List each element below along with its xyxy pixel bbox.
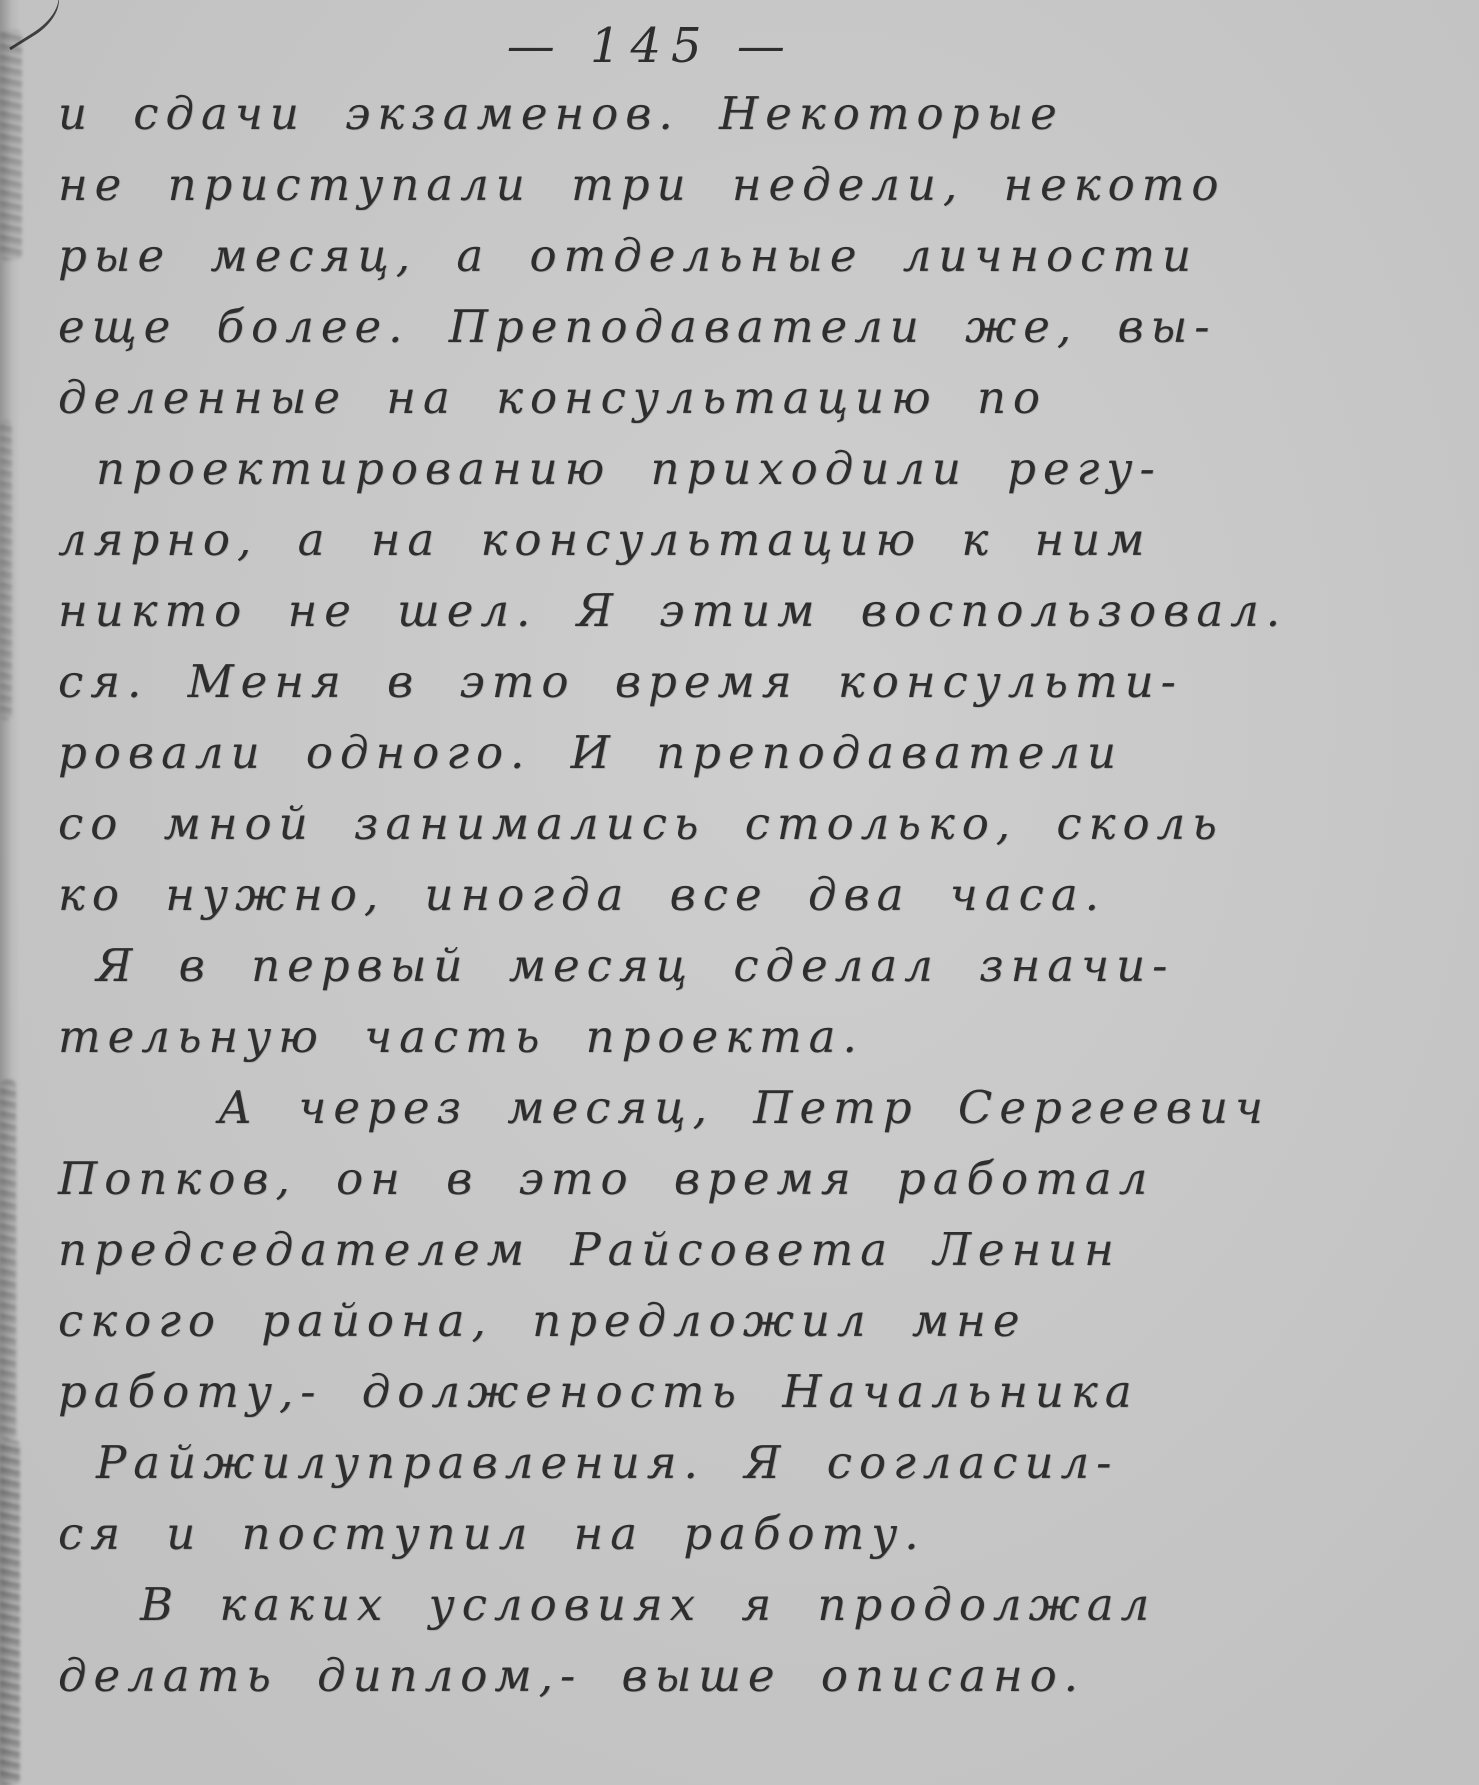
handwritten-line: ко нужно, иногда все два часа. bbox=[0, 859, 1479, 930]
scanned-manuscript-page: — 145 — и сдачи экзаменов. Некоторые не … bbox=[0, 0, 1479, 1785]
handwritten-line: еще более. Преподаватели же, вы- bbox=[0, 291, 1479, 362]
handwritten-line: проектированию приходили регу- bbox=[0, 433, 1479, 504]
handwritten-line: председателем Райсовета Ленин bbox=[0, 1214, 1479, 1285]
handwritten-line: ровали одного. И преподаватели bbox=[0, 717, 1479, 788]
handwritten-line: рые месяц, а отдельные личности bbox=[0, 220, 1479, 291]
handwritten-line: и сдачи экзаменов. Некоторые bbox=[0, 78, 1479, 149]
handwritten-line: никто не шел. Я этим воспользовал. bbox=[0, 575, 1479, 646]
handwritten-line: Я в первый месяц сделал значи- bbox=[0, 930, 1479, 1001]
handwritten-line: ся и поступил на работу. bbox=[0, 1498, 1479, 1569]
handwritten-line: ского района, предложил мне bbox=[0, 1285, 1479, 1356]
handwritten-line: со мной занимались столько, сколь bbox=[0, 788, 1479, 859]
handwritten-line: не приступали три недели, некото bbox=[0, 149, 1479, 220]
handwritten-line: лярно, а на консультацию к ним bbox=[0, 504, 1479, 575]
handwritten-line: А через месяц, Петр Сергеевич bbox=[0, 1072, 1479, 1143]
handwritten-line: деленные на консультацию по bbox=[0, 362, 1479, 433]
handwritten-line: В каких условиях я продолжал bbox=[0, 1569, 1479, 1640]
handwritten-line: делать диплом,- выше описано. bbox=[0, 1640, 1479, 1711]
handwritten-line: Райжилуправления. Я согласил- bbox=[0, 1427, 1479, 1498]
page-number: — 145 — bbox=[0, 18, 1302, 74]
handwritten-text-block: и сдачи экзаменов. Некоторые не приступа… bbox=[0, 78, 1479, 1711]
handwritten-line: тельную часть проекта. bbox=[0, 1001, 1479, 1072]
handwritten-line: Попков, он в это время работал bbox=[0, 1143, 1479, 1214]
handwritten-line: работу,- долженость Начальника bbox=[0, 1356, 1479, 1427]
handwritten-line: ся. Меня в это время консульти- bbox=[0, 646, 1479, 717]
